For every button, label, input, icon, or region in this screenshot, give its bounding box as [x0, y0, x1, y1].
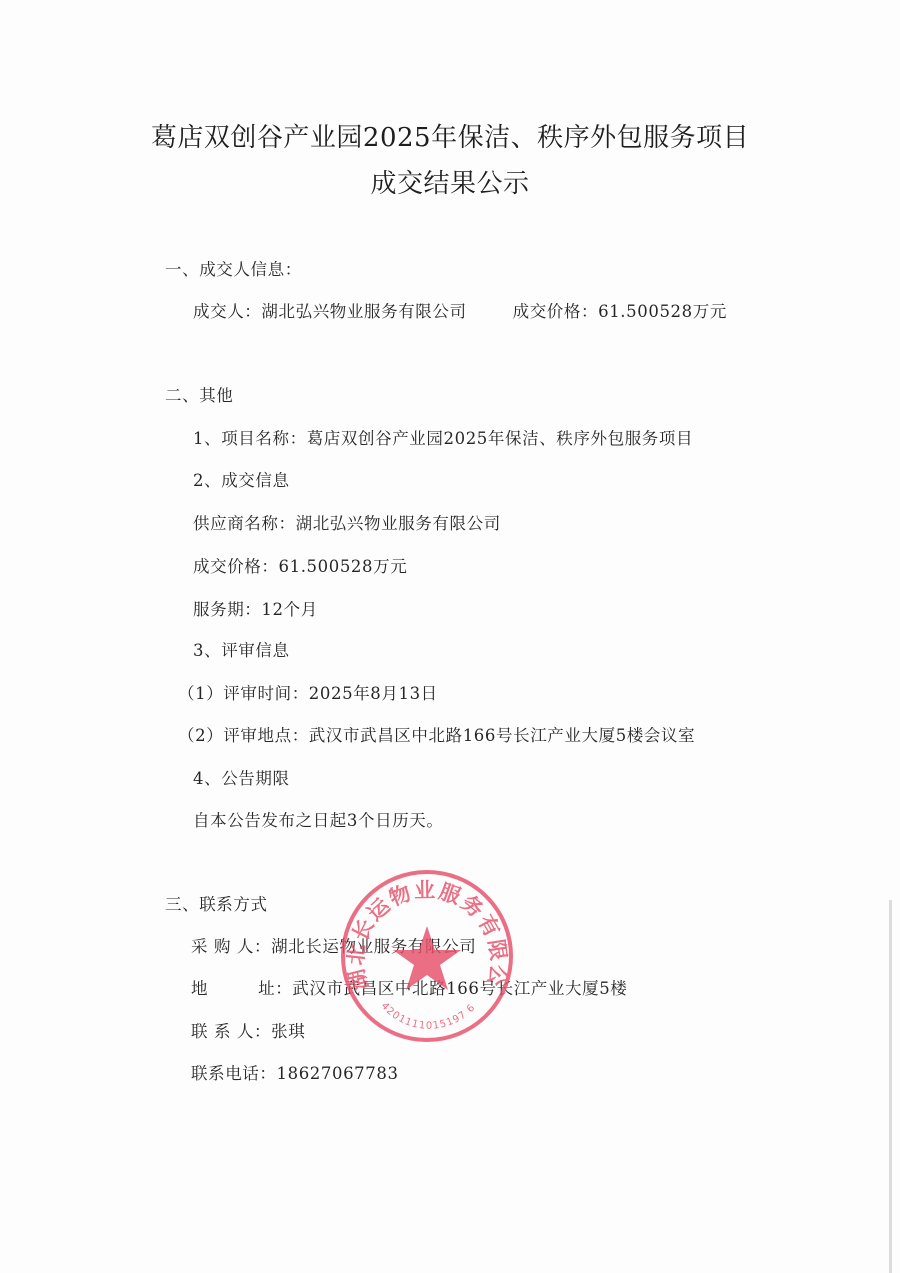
purchaser-row: 采 购 人：湖北长运物业服务有限公司 — [191, 933, 476, 957]
notice-period-heading: 4、公告期限 — [193, 765, 290, 789]
address-row: 地址：武汉市武昌区中北路166号长江产业大厦5楼 — [191, 975, 627, 999]
review-info-heading: 3、评审信息 — [193, 637, 290, 661]
phone-label: 联系电话： — [191, 1064, 277, 1083]
svg-text:4201111015197 6: 4201111015197 6 — [379, 1001, 478, 1032]
phone-value: 18627067783 — [277, 1064, 399, 1083]
phone-row: 联系电话：18627067783 — [191, 1060, 399, 1084]
section2-heading: 二、其他 — [165, 382, 233, 406]
deal-price: 成交价格：61.500528万元 — [193, 553, 407, 577]
contact-row: 联 系 人：张琪 — [191, 1018, 305, 1042]
project-name: 1、项目名称：葛店双创谷产业园2025年保洁、秩序外包服务项目 — [193, 425, 693, 449]
contact-label: 联 系 人： — [191, 1022, 271, 1041]
price-value: 61.500528万元 — [598, 302, 727, 321]
notice-period: 自本公告发布之日起3个日历天。 — [193, 807, 444, 831]
section3-heading: 三、联系方式 — [165, 891, 268, 915]
purchaser-name: 湖北长运物业服务有限公司 — [271, 937, 476, 956]
deal-info-heading: 2、成交信息 — [193, 467, 290, 491]
supplier-name: 供应商名称：湖北弘兴物业服务有限公司 — [193, 510, 501, 534]
review-time: （1）评审时间：2025年8月13日 — [178, 680, 438, 704]
address-label-b: 址： — [258, 979, 292, 998]
service-period: 服务期：12个月 — [193, 596, 318, 620]
purchaser-label: 采 购 人： — [191, 937, 271, 956]
scan-edge-line — [889, 900, 892, 1273]
winner-label: 成交人： — [193, 302, 261, 321]
document-title: 葛店双创谷产业园2025年保洁、秩序外包服务项目 — [0, 117, 900, 154]
section1-heading: 一、成交人信息： — [165, 256, 302, 280]
contact-name: 张琪 — [271, 1022, 305, 1041]
price-label: 成交价格： — [513, 302, 599, 321]
stamp-code-text: 4201111015197 6 — [379, 1001, 478, 1032]
document-subtitle: 成交结果公示 — [0, 163, 900, 200]
review-place: （2）评审地点：武汉市武昌区中北路166号长江产业大厦5楼会议室 — [178, 722, 695, 746]
address-value: 武汉市武昌区中北路166号长江产业大厦5楼 — [292, 979, 627, 998]
winner-name: 湖北弘兴物业服务有限公司 — [261, 302, 466, 321]
address-label-a: 地 — [191, 979, 208, 998]
winner-row: 成交人：湖北弘兴物业服务有限公司成交价格：61.500528万元 — [193, 298, 727, 322]
